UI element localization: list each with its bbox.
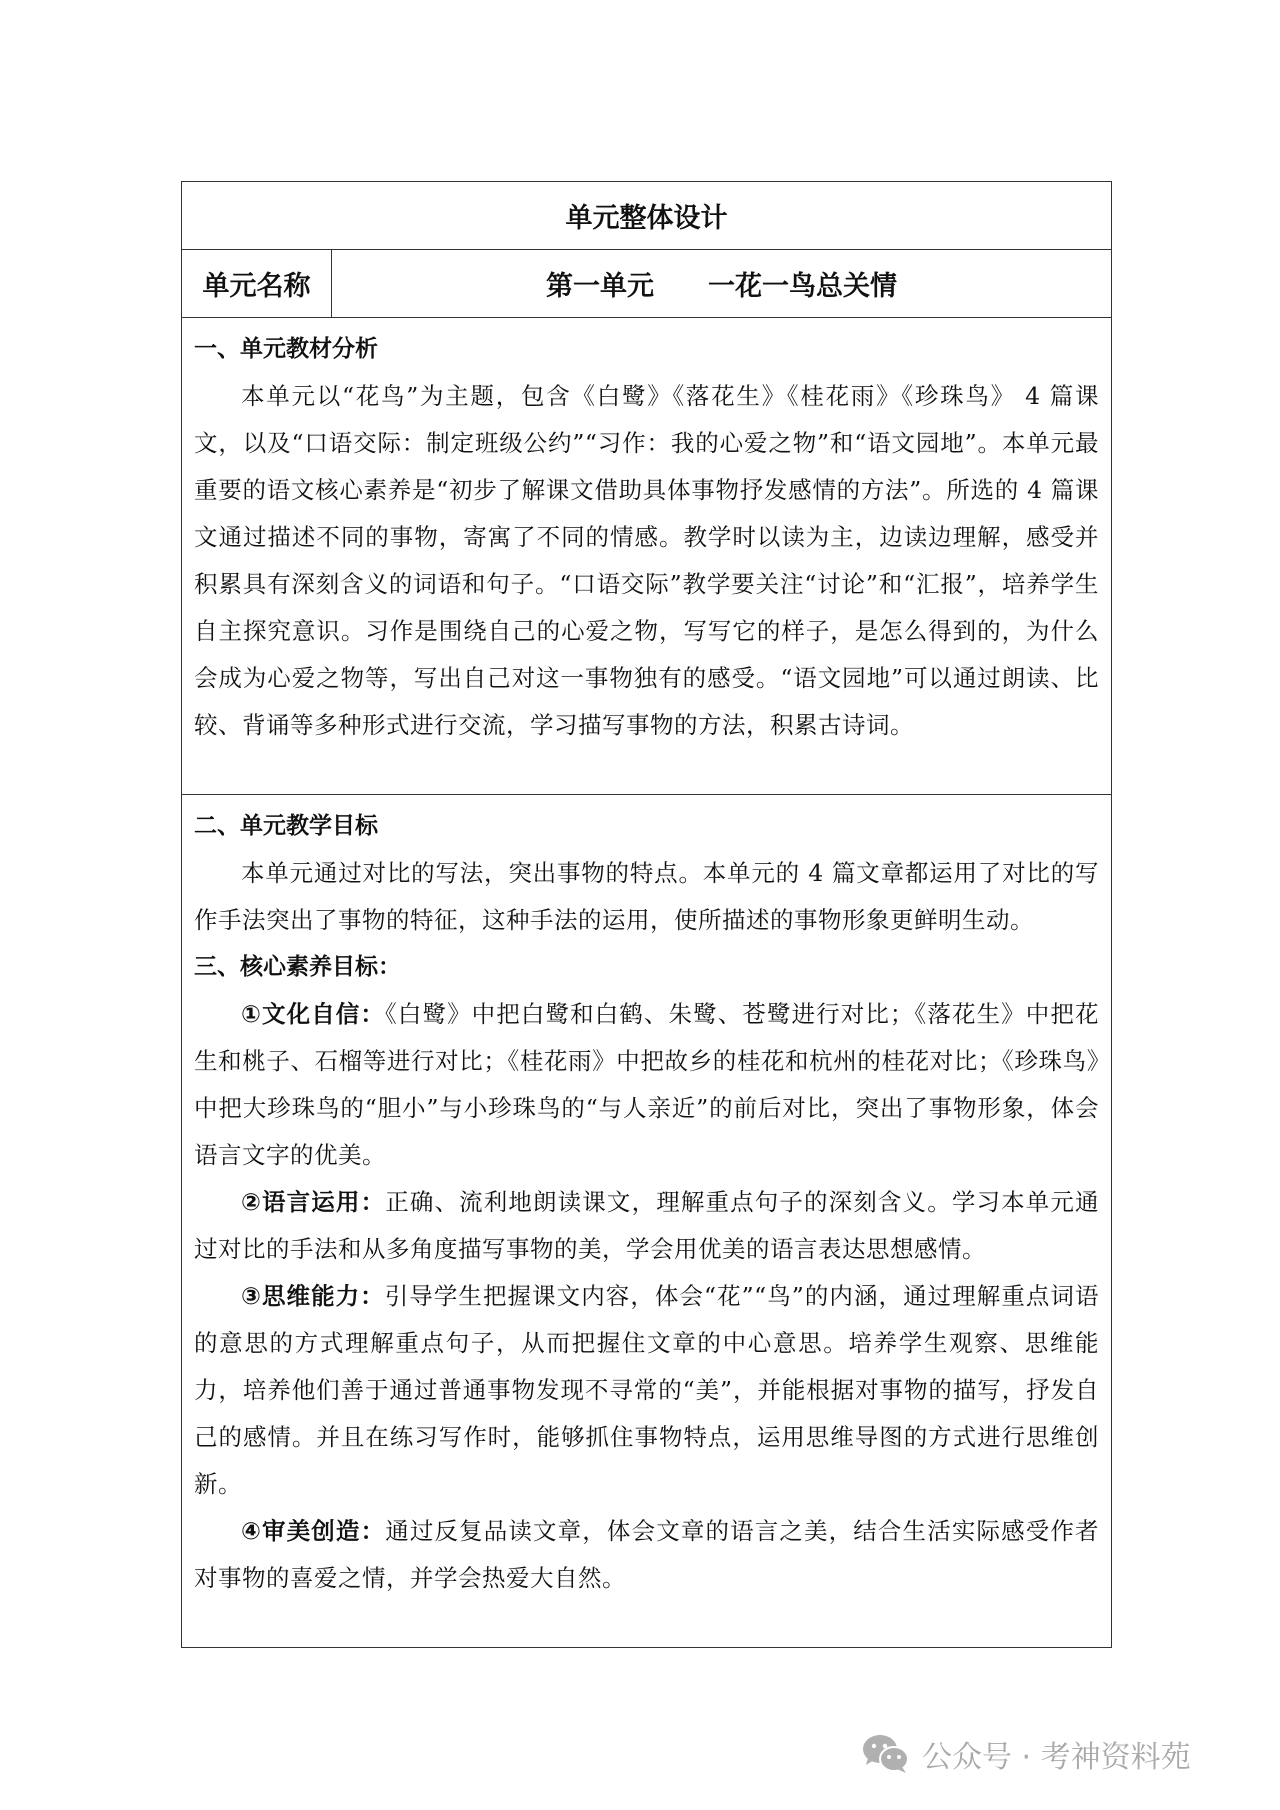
core-literacy-heading: 三、核心素养目标：	[194, 944, 1099, 991]
wechat-icon	[862, 1734, 910, 1774]
section-heading: 二、单元教学目标	[194, 803, 1099, 850]
item-lead: ④审美创造：	[241, 1517, 385, 1545]
unit-name-row: 单元名称 第一单元 一花一鸟总关情	[182, 250, 1111, 318]
item-lead: ①文化自信：	[241, 1000, 385, 1028]
item-lead: ③思维能力：	[241, 1282, 385, 1310]
core-literacy-item: ①文化自信：《白鹭》中把白鹭和白鹤、朱鹭、苍鹭进行对比；《落花生》中把花生和桃子…	[194, 991, 1099, 1179]
unit-design-table: 单元整体设计 单元名称 第一单元 一花一鸟总关情 一、单元教材分析 本单元以“花…	[181, 181, 1112, 1648]
section-teaching-goals: 二、单元教学目标 本单元通过对比的写法，突出事物的特点。本单元的 4 篇文章都运…	[182, 795, 1111, 1647]
core-literacy-item: ②语言运用：正确、流利地朗读课文，理解重点句子的深刻含义。学习本单元通过对比的手…	[194, 1179, 1099, 1273]
core-literacy-item: ④审美创造：通过反复品读文章，体会文章的语言之美，结合生活实际感受作者对事物的喜…	[194, 1508, 1099, 1602]
table-title: 单元整体设计	[182, 182, 1111, 250]
section-paragraph: 本单元以“花鸟”为主题，包含《白鹭》《落花生》《桂花雨》《珍珠鸟》 4 篇课文，…	[194, 373, 1099, 749]
watermark-text: 公众号 · 考神资料苑	[922, 1732, 1191, 1776]
item-text: 引导学生把握课文内容，体会“花”“鸟”的内涵，通过理解重点词语的意思的方式理解重…	[194, 1282, 1099, 1498]
watermark: 公众号 · 考神资料苑	[862, 1732, 1191, 1776]
item-lead: ②语言运用：	[241, 1188, 385, 1216]
section-heading: 一、单元教材分析	[194, 326, 1099, 373]
section-paragraph: 本单元通过对比的写法，突出事物的特点。本单元的 4 篇文章都运用了对比的写作手法…	[194, 850, 1099, 944]
unit-name-label: 单元名称	[182, 250, 332, 317]
core-literacy-item: ③思维能力：引导学生把握课文内容，体会“花”“鸟”的内涵，通过理解重点词语的意思…	[194, 1273, 1099, 1508]
section-material-analysis: 一、单元教材分析 本单元以“花鸟”为主题，包含《白鹭》《落花生》《桂花雨》《珍珠…	[182, 318, 1111, 795]
unit-name-value: 第一单元 一花一鸟总关情	[332, 250, 1111, 317]
